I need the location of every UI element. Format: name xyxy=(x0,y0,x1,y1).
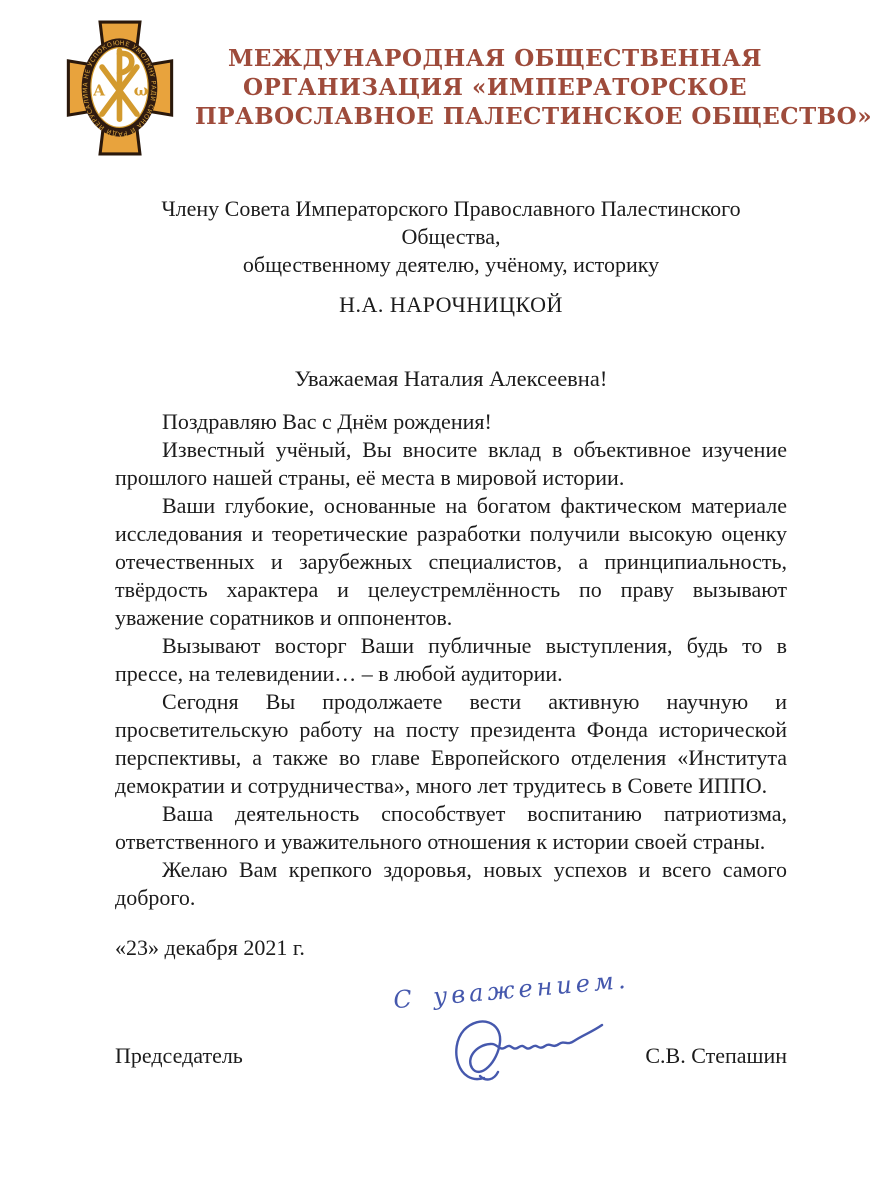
body-paragraph: Вызывают восторг Ваши публичные выступле… xyxy=(115,632,787,688)
org-title-line: ОРГАНИЗАЦИЯ «ИМПЕРАТОРСКОЕ xyxy=(195,73,795,102)
body-paragraph: Ваша деятельность способствует воспитани… xyxy=(115,800,787,856)
salutation: Уважаемая Наталия Алексеевна! xyxy=(115,365,787,393)
letter-body: Поздравляю Вас с Днём рождения! Известны… xyxy=(115,408,787,912)
signer-position: Председатель xyxy=(115,1042,243,1070)
body-paragraph: Поздравляю Вас с Днём рождения! xyxy=(115,408,787,436)
org-title-line: МЕЖДУНАРОДНАЯ ОБЩЕСТВЕННАЯ xyxy=(195,44,795,73)
handwritten-regards: С уважением. xyxy=(392,966,630,1015)
body-paragraph: Желаю Вам крепкого здоровья, новых успех… xyxy=(115,856,787,912)
org-title-line: ПРАВОСЛАВНОЕ ПАЛЕСТИНСКОЕ ОБЩЕСТВО» xyxy=(195,102,795,131)
addressee-block: Члену Совета Императорского Православног… xyxy=(115,195,787,279)
signature-icon xyxy=(440,1012,610,1087)
body-paragraph: Ваши глубокие, основанные на богатом фак… xyxy=(115,492,787,632)
ippo-emblem-icon: НЕ УМОЛКНУ РАДИ СИОНА И РАДИ ИЕРУСАЛИМА … xyxy=(66,20,174,156)
alpha-letter: А xyxy=(93,82,106,100)
letter-content: Члену Совета Императорского Православног… xyxy=(115,195,787,1070)
signer-name: С.В. Степашин xyxy=(645,1042,787,1070)
letter-page: НЕ УМОЛКНУ РАДИ СИОНА И РАДИ ИЕРУСАЛИМА … xyxy=(0,0,873,1200)
closing-block: С уважением. Председатель С.В. Степашин xyxy=(115,1042,787,1070)
letterhead: НЕ УМОЛКНУ РАДИ СИОНА И РАДИ ИЕРУСАЛИМА … xyxy=(0,0,873,170)
addressee-line: общественному деятелю, учёному, историку xyxy=(115,251,787,279)
date-line: «23» декабря 2021 г. xyxy=(115,934,787,962)
body-paragraph: Известный учёный, Вы вносите вклад в объ… xyxy=(115,436,787,492)
addressee-line: Члену Совета Императорского Православног… xyxy=(115,195,787,251)
omega-letter: ω xyxy=(134,82,149,100)
addressee-name: Н.А. НАРОЧНИЦКОЙ xyxy=(115,291,787,319)
organization-title: МЕЖДУНАРОДНАЯ ОБЩЕСТВЕННАЯ ОРГАНИЗАЦИЯ «… xyxy=(195,44,795,131)
body-paragraph: Сегодня Вы продолжаете вести активную на… xyxy=(115,688,787,800)
